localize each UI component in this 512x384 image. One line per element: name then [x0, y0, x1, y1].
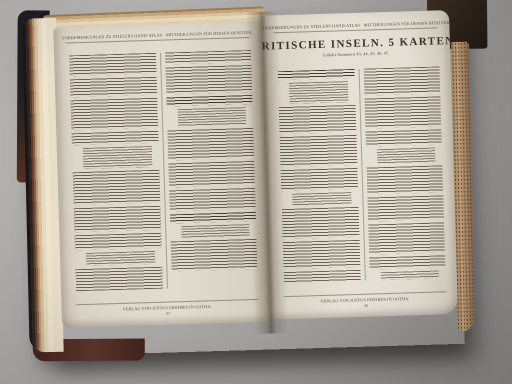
text-block: [75, 267, 162, 292]
text-block: [71, 131, 158, 146]
text-column-1: [69, 53, 162, 291]
text-block: [168, 161, 255, 188]
text-block: [169, 188, 256, 212]
text-block-citation: [177, 107, 246, 127]
text-block-citation: [83, 146, 152, 169]
text-block: [364, 96, 441, 128]
text-block: [363, 66, 440, 95]
text-column-2: [363, 66, 446, 280]
text-block: [70, 77, 157, 98]
text-column-2: [165, 50, 258, 288]
right-page: VORBEMERKUNGEN ZU STIELERS HAND-ATLAS · …: [261, 10, 458, 319]
text-block: [368, 222, 445, 254]
text-block: [279, 105, 356, 134]
text-block: [73, 170, 160, 206]
page-footer: VERLAG VON JUSTUS PERTHES IN GOTHA. 47: [76, 299, 258, 318]
text-block-citation: [380, 271, 439, 281]
text-block-citation: [86, 251, 155, 266]
section-subtitle: Enthält Nummern 43, 44, 45, 46, 47.: [323, 51, 390, 56]
text-block: [167, 128, 254, 161]
signature-mark: 48: [364, 304, 368, 306]
text-block: [281, 168, 358, 191]
text-block: [70, 98, 157, 131]
text-block: [69, 53, 156, 77]
entry-heading-block: [278, 69, 355, 80]
entry-heading-block: [166, 95, 253, 107]
text-block: [74, 233, 161, 251]
text-block-citation: [376, 148, 435, 165]
text-block: [369, 255, 446, 269]
text-block: [365, 129, 442, 146]
text-block: [284, 270, 361, 283]
photo-scene: VORBEMERKUNGEN ZU STIELERS HAND-ATLAS · …: [0, 0, 512, 384]
text-block-citation: [292, 192, 351, 206]
text-block: [282, 207, 359, 239]
page-footer: VERLAG VON JUSTUS PERTHES IN GOTHA. 48: [284, 291, 446, 310]
text-block-citation: [289, 81, 348, 104]
book: VORBEMERKUNGEN ZU STIELERS HAND-ATLAS · …: [23, 5, 481, 366]
text-block: [366, 165, 443, 194]
text-block: [165, 65, 252, 95]
text-block: [170, 239, 257, 272]
left-page: VORBEMERKUNGEN ZU STIELERS HAND-ATLAS · …: [53, 22, 270, 328]
text-block-citation: [181, 224, 250, 238]
text-block: [74, 206, 161, 233]
text-block: [283, 240, 360, 269]
text-block: [165, 50, 252, 65]
text-block: [280, 135, 357, 167]
text-columns: [278, 66, 446, 283]
signature-mark: 47: [166, 312, 170, 314]
text-column-1: [278, 69, 361, 283]
text-block: [367, 195, 444, 221]
text-columns: [69, 50, 258, 291]
entry-heading-block: [169, 212, 256, 224]
